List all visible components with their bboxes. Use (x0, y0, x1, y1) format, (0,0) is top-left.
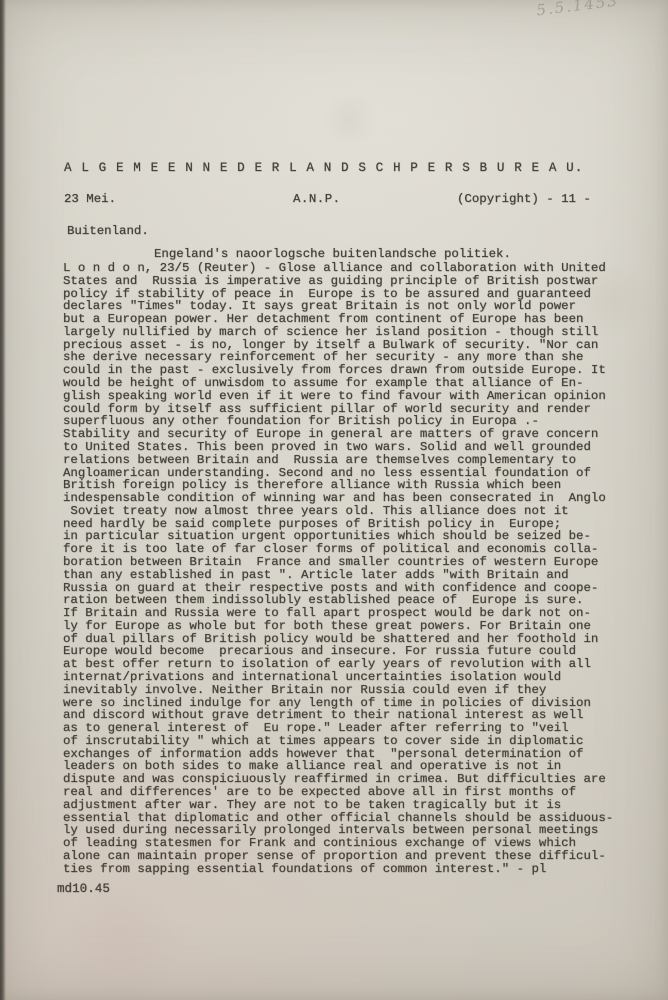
typist-code: md10.45 (57, 882, 110, 896)
article-title: Engeland's naoorlogsche buitenlandsche p… (154, 247, 511, 261)
copyright-page-number: (Copyright) - 11 - (457, 192, 591, 206)
header-meta-row: 23 Mei. A.N.P. (Copyright) - 11 - (64, 192, 624, 206)
handwritten-archive-number: 5.5.1453 (535, 0, 668, 19)
document-photo: 5.5.1453 A L G E M E E N N E D E R L A N… (0, 0, 668, 1000)
photo-left-edge (0, 0, 6, 1000)
agency-abbreviation: A.N.P. (293, 192, 341, 206)
section-label: Buitenland. (67, 224, 149, 238)
date-label: 23 Mei. (64, 192, 116, 206)
agency-name: A L G E M E E N N E D E R L A N D S C H … (64, 161, 583, 175)
article-body: L o n d o n, 23/5 (Reuter) - Glose allia… (63, 262, 643, 876)
